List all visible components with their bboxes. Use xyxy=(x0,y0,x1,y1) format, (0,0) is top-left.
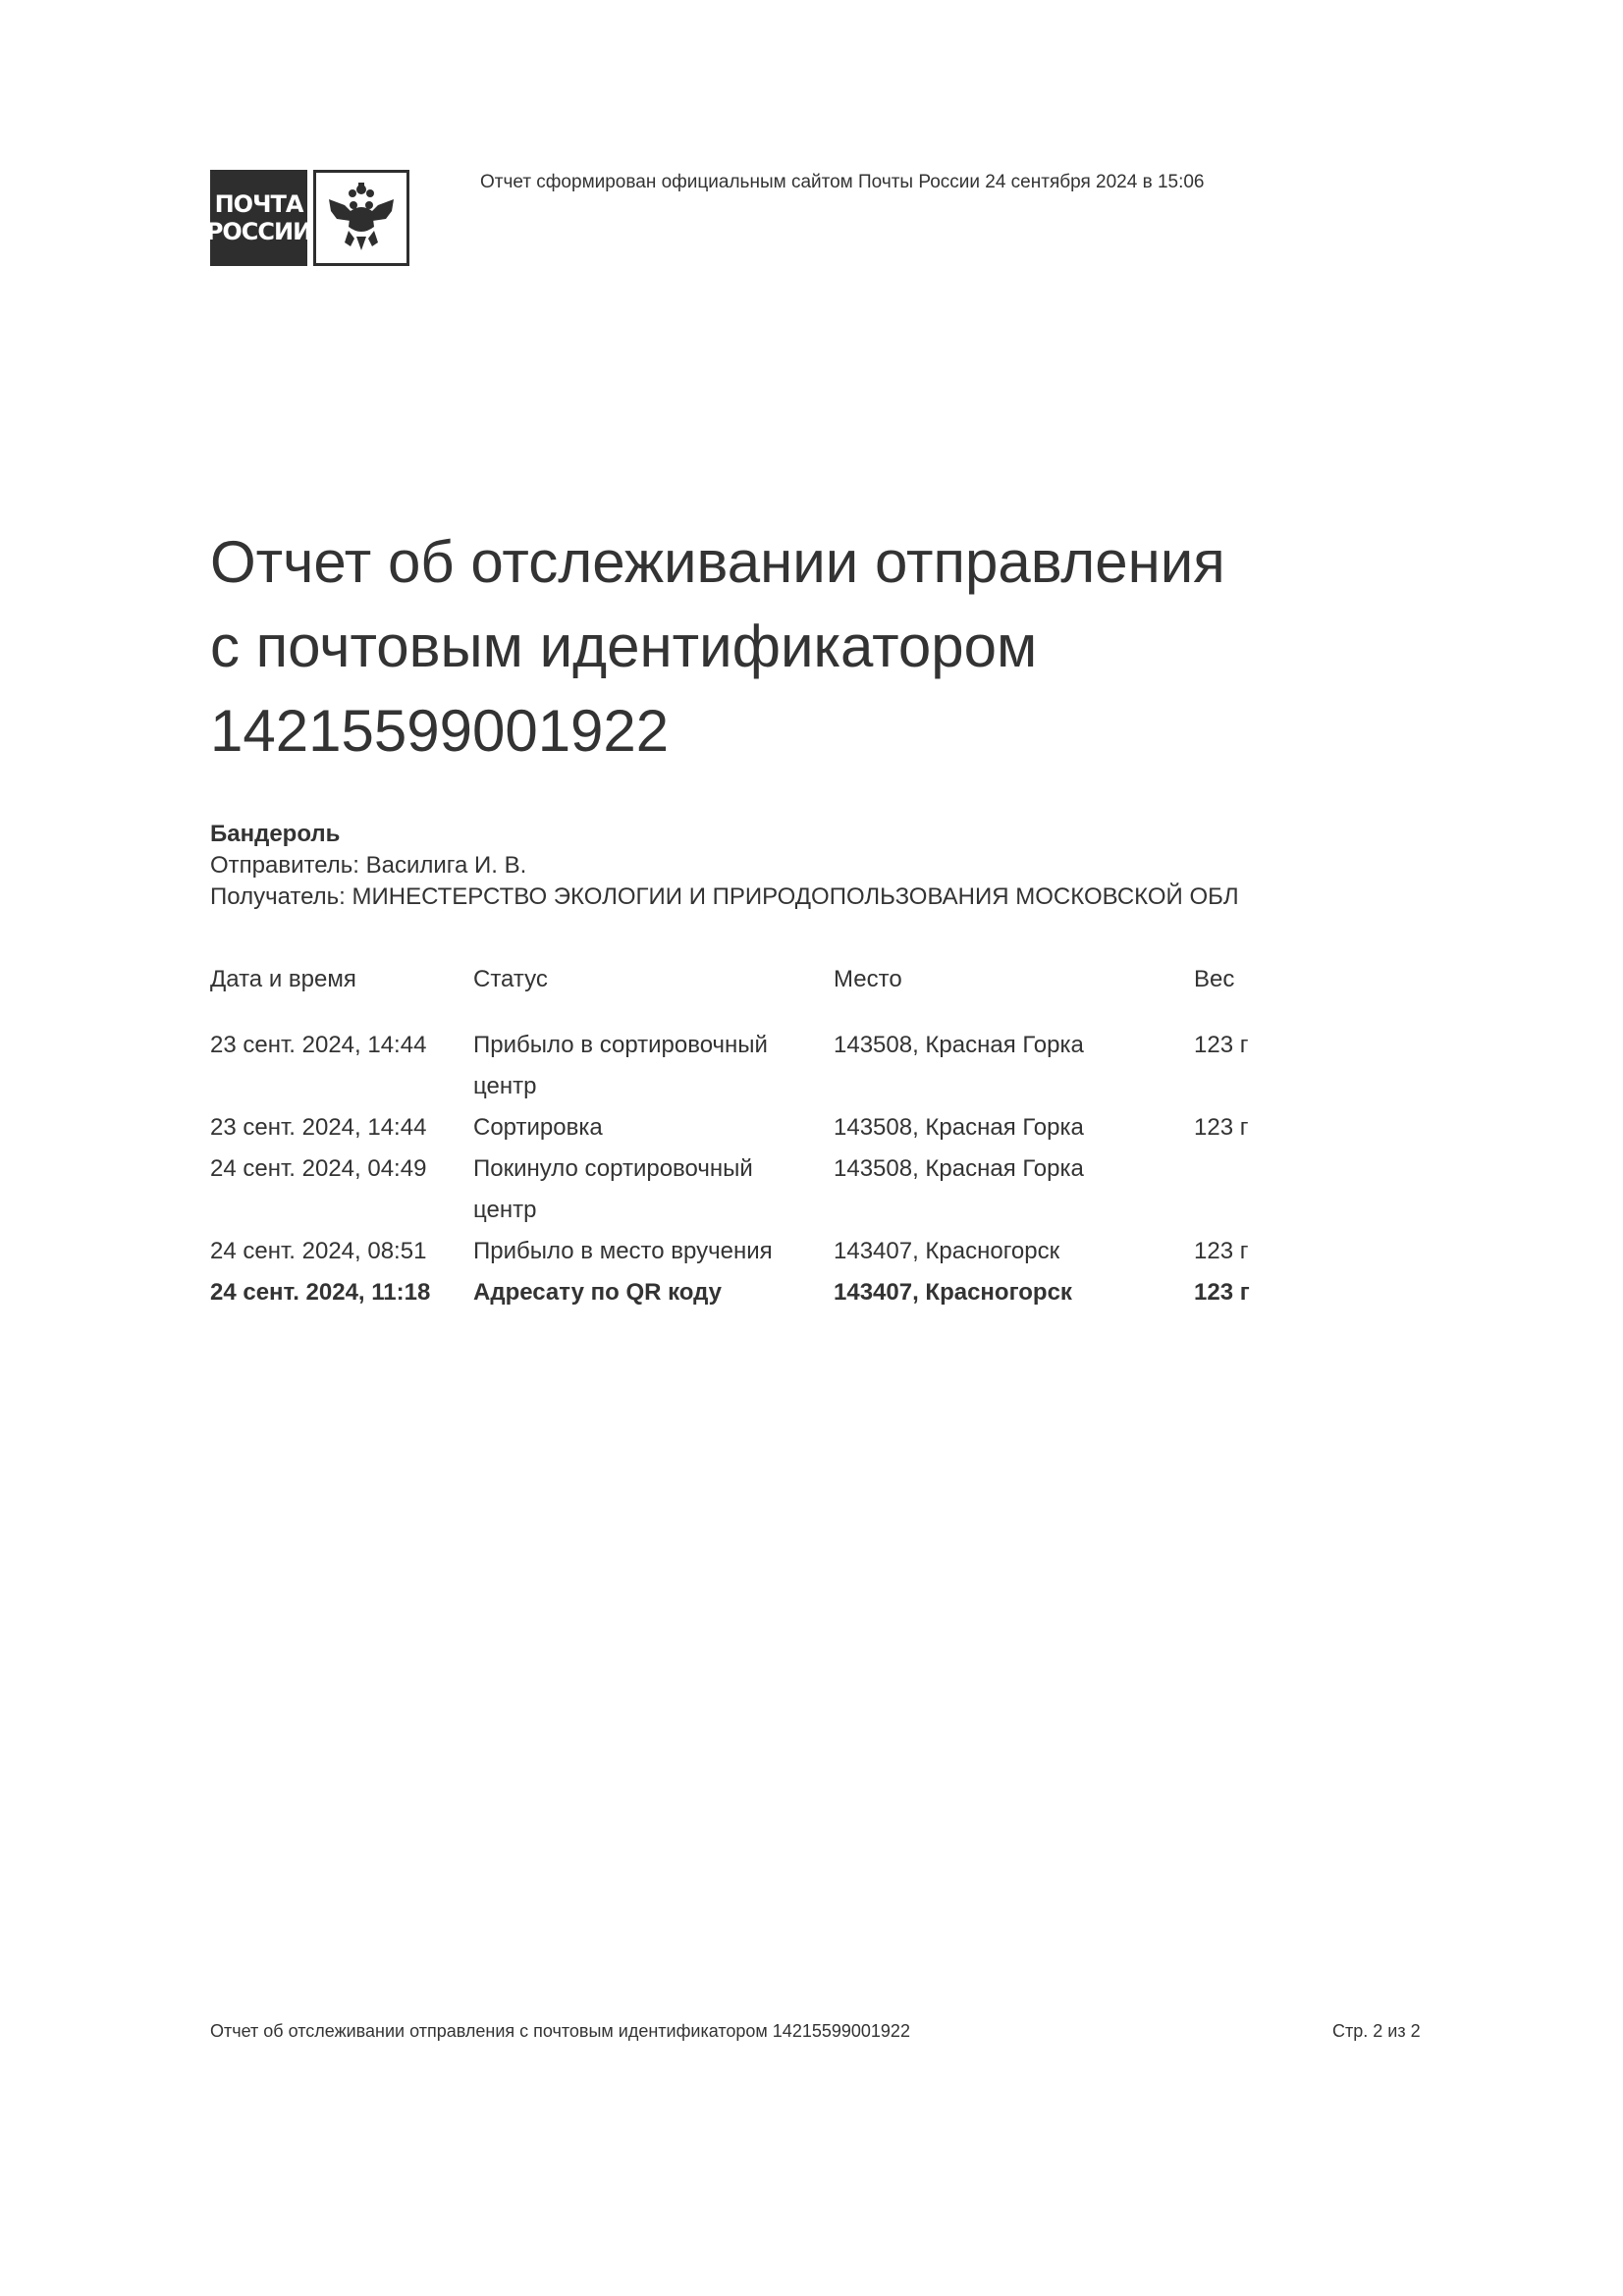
event-datetime: 24 сент. 2024, 04:49 xyxy=(210,1148,473,1231)
double-headed-eagle-icon xyxy=(313,170,409,266)
event-status: Сортировка xyxy=(473,1107,834,1148)
shipment-type: Бандероль xyxy=(210,819,1239,850)
pochta-rossii-logo: ПОЧТА РОССИИ xyxy=(210,170,409,266)
column-header-weight: Вес xyxy=(1194,966,1312,1025)
event-weight: 123 г xyxy=(1194,1107,1312,1148)
logo-wordmark: ПОЧТА РОССИИ xyxy=(210,170,307,266)
title-line-1: Отчет об отслеживании отправления xyxy=(210,520,1487,605)
sender: Отправитель: Василига И. В. xyxy=(210,850,1239,881)
event-place: 143508, Красная Горка xyxy=(834,1148,1194,1231)
event-place: 143407, Красногорск xyxy=(834,1272,1194,1313)
column-header-datetime: Дата и время xyxy=(210,966,473,1025)
event-status: Покинуло сортировочный центр xyxy=(473,1148,834,1231)
footer-title: Отчет об отслеживании отправления с почт… xyxy=(210,2021,910,2042)
table-row: 24 сент. 2024, 08:51 Прибыло в место вру… xyxy=(210,1231,1312,1272)
report-generated-note: Отчет сформирован официальным сайтом Поч… xyxy=(480,172,1205,193)
event-weight: 123 г xyxy=(1194,1231,1312,1272)
recipient: Получатель: МИНЕСТЕРСТВО ЭКОЛОГИИ И ПРИР… xyxy=(210,881,1239,913)
event-status: Адресату по QR коду xyxy=(473,1272,834,1313)
event-place: 143508, Красная Горка xyxy=(834,1025,1194,1107)
event-status: Прибыло в место вручения xyxy=(473,1231,834,1272)
event-weight xyxy=(1194,1148,1312,1231)
column-header-place: Место xyxy=(834,966,1194,1025)
tracking-number: 14215599001922 xyxy=(210,689,1487,774)
tracking-events-table: Дата и время Статус Место Вес 23 сент. 2… xyxy=(210,966,1312,1313)
event-weight: 123 г xyxy=(1194,1272,1312,1313)
event-status: Прибыло в сортировочный центр xyxy=(473,1025,834,1107)
logo-line-1: ПОЧТА xyxy=(215,190,303,218)
event-datetime: 24 сент. 2024, 08:51 xyxy=(210,1231,473,1272)
page-number: Стр. 2 из 2 xyxy=(1332,2021,1421,2042)
logo-line-2: РОССИИ xyxy=(206,218,311,245)
table-row: 23 сент. 2024, 14:44 Прибыло в сортирово… xyxy=(210,1025,1312,1107)
table-row-latest: 24 сент. 2024, 11:18 Адресату по QR коду… xyxy=(210,1272,1312,1313)
event-datetime: 23 сент. 2024, 14:44 xyxy=(210,1025,473,1107)
page-title: Отчет об отслеживании отправления с почт… xyxy=(210,520,1487,774)
shipment-info: Бандероль Отправитель: Василига И. В. По… xyxy=(210,819,1239,913)
event-datetime: 23 сент. 2024, 14:44 xyxy=(210,1107,473,1148)
table-row: 24 сент. 2024, 04:49 Покинуло сортировоч… xyxy=(210,1148,1312,1231)
column-header-status: Статус xyxy=(473,966,834,1025)
table-header-row: Дата и время Статус Место Вес xyxy=(210,966,1312,1025)
event-place: 143407, Красногорск xyxy=(834,1231,1194,1272)
event-place: 143508, Красная Горка xyxy=(834,1107,1194,1148)
title-line-2: с почтовым идентификатором xyxy=(210,605,1487,689)
event-datetime: 24 сент. 2024, 11:18 xyxy=(210,1272,473,1313)
event-weight: 123 г xyxy=(1194,1025,1312,1107)
table-row: 23 сент. 2024, 14:44 Сортировка 143508, … xyxy=(210,1107,1312,1148)
